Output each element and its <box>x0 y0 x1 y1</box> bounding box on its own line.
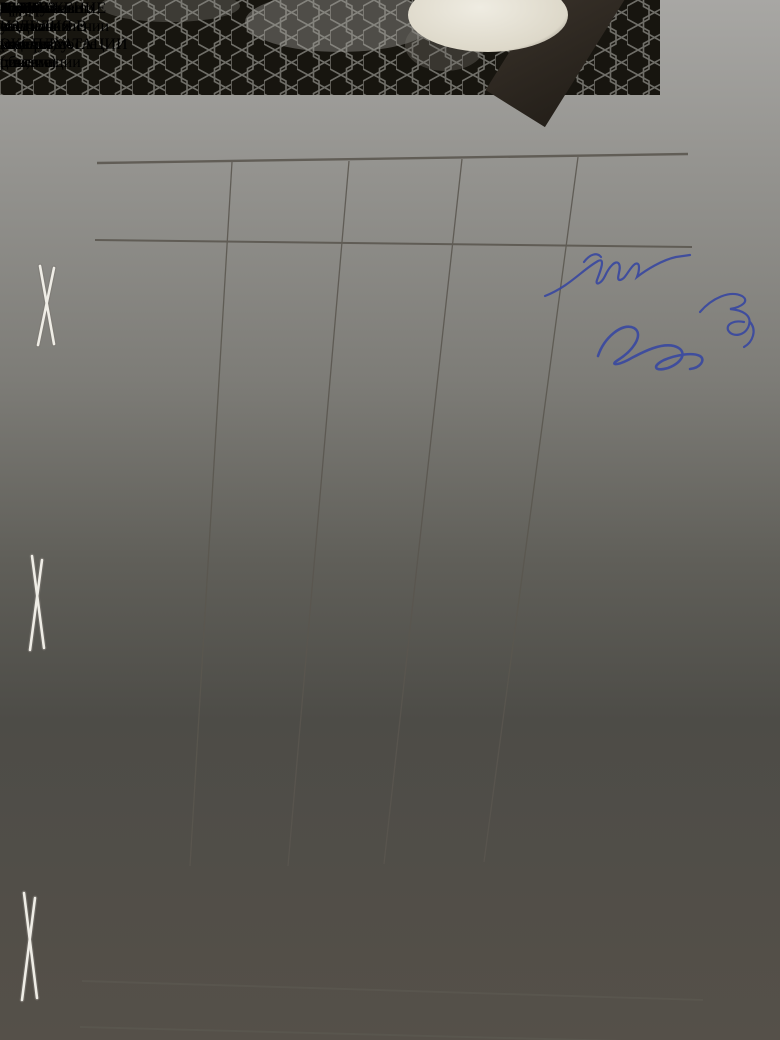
signature-row1 <box>545 255 690 296</box>
signature-row2 <box>598 327 702 370</box>
photo-of-logbook-page: 7 6. ДВИЖЕНИЕ ИЗДЕЛИЯ В ЭКСПЛУАТАЦИИ Дат… <box>0 0 780 1040</box>
binding-stitches <box>0 0 80 1040</box>
signature-initials <box>700 294 754 347</box>
signatures-overlay <box>0 0 780 1040</box>
